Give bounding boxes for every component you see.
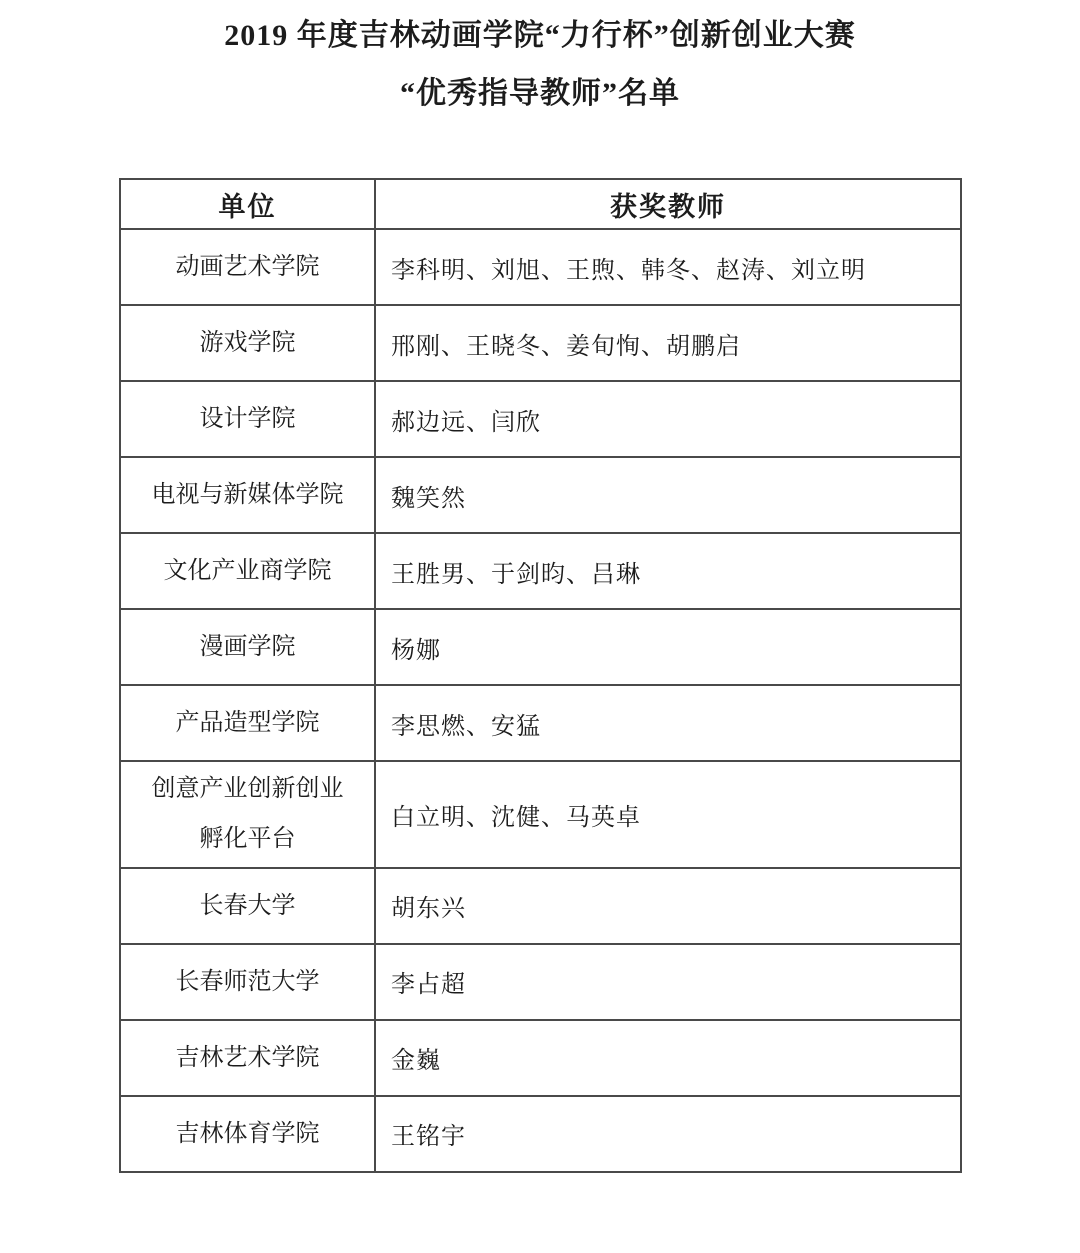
unit-cell: 游戏学院	[120, 305, 375, 381]
title-line-1: 2019 年度吉林动画学院“力行杯”创新创业大赛	[0, 18, 1080, 54]
teachers-cell: 邢刚、王晓冬、姜旬恂、胡鹏启	[375, 305, 961, 381]
table-row: 创意产业创新创业 孵化平台白立明、沈健、马英卓	[120, 761, 961, 868]
unit-cell: 创意产业创新创业 孵化平台	[120, 761, 375, 868]
unit-cell: 长春大学	[120, 868, 375, 944]
title-line-2: “优秀指导教师”名单	[0, 76, 1080, 112]
unit-cell: 动画艺术学院	[120, 229, 375, 305]
unit-cell: 漫画学院	[120, 609, 375, 685]
document-page: 2019 年度吉林动画学院“力行杯”创新创业大赛 “优秀指导教师”名单 单位 获…	[0, 0, 1080, 1253]
teachers-cell: 李科明、刘旭、王煦、韩冬、赵涛、刘立明	[375, 229, 961, 305]
teachers-cell: 杨娜	[375, 609, 961, 685]
teachers-cell: 胡东兴	[375, 868, 961, 944]
table-row: 电视与新媒体学院魏笑然	[120, 457, 961, 533]
unit-cell: 电视与新媒体学院	[120, 457, 375, 533]
table-row: 长春师范大学李占超	[120, 944, 961, 1020]
table-row: 游戏学院邢刚、王晓冬、姜旬恂、胡鹏启	[120, 305, 961, 381]
table-row: 吉林体育学院王铭宇	[120, 1096, 961, 1172]
table-row: 动画艺术学院李科明、刘旭、王煦、韩冬、赵涛、刘立明	[120, 229, 961, 305]
teachers-cell: 魏笑然	[375, 457, 961, 533]
teachers-cell: 白立明、沈健、马英卓	[375, 761, 961, 868]
document-title: 2019 年度吉林动画学院“力行杯”创新创业大赛 “优秀指导教师”名单	[0, 0, 1080, 112]
unit-cell: 文化产业商学院	[120, 533, 375, 609]
column-header-unit: 单位	[120, 179, 375, 229]
teachers-cell: 李占超	[375, 944, 961, 1020]
table-row: 漫画学院杨娜	[120, 609, 961, 685]
teachers-cell: 李思燃、安猛	[375, 685, 961, 761]
unit-cell: 吉林体育学院	[120, 1096, 375, 1172]
table-header-row: 单位 获奖教师	[120, 179, 961, 229]
unit-cell: 吉林艺术学院	[120, 1020, 375, 1096]
table-row: 长春大学胡东兴	[120, 868, 961, 944]
unit-cell: 设计学院	[120, 381, 375, 457]
table-row: 吉林艺术学院金巍	[120, 1020, 961, 1096]
column-header-teachers: 获奖教师	[375, 179, 961, 229]
table-row: 产品造型学院李思燃、安猛	[120, 685, 961, 761]
teachers-cell: 王铭宇	[375, 1096, 961, 1172]
teachers-cell: 郝边远、闫欣	[375, 381, 961, 457]
table-row: 设计学院郝边远、闫欣	[120, 381, 961, 457]
unit-cell: 产品造型学院	[120, 685, 375, 761]
unit-cell: 长春师范大学	[120, 944, 375, 1020]
teachers-cell: 金巍	[375, 1020, 961, 1096]
awards-table: 单位 获奖教师 动画艺术学院李科明、刘旭、王煦、韩冬、赵涛、刘立明游戏学院邢刚、…	[119, 178, 962, 1173]
table-row: 文化产业商学院王胜男、于剑昀、吕琳	[120, 533, 961, 609]
teachers-cell: 王胜男、于剑昀、吕琳	[375, 533, 961, 609]
